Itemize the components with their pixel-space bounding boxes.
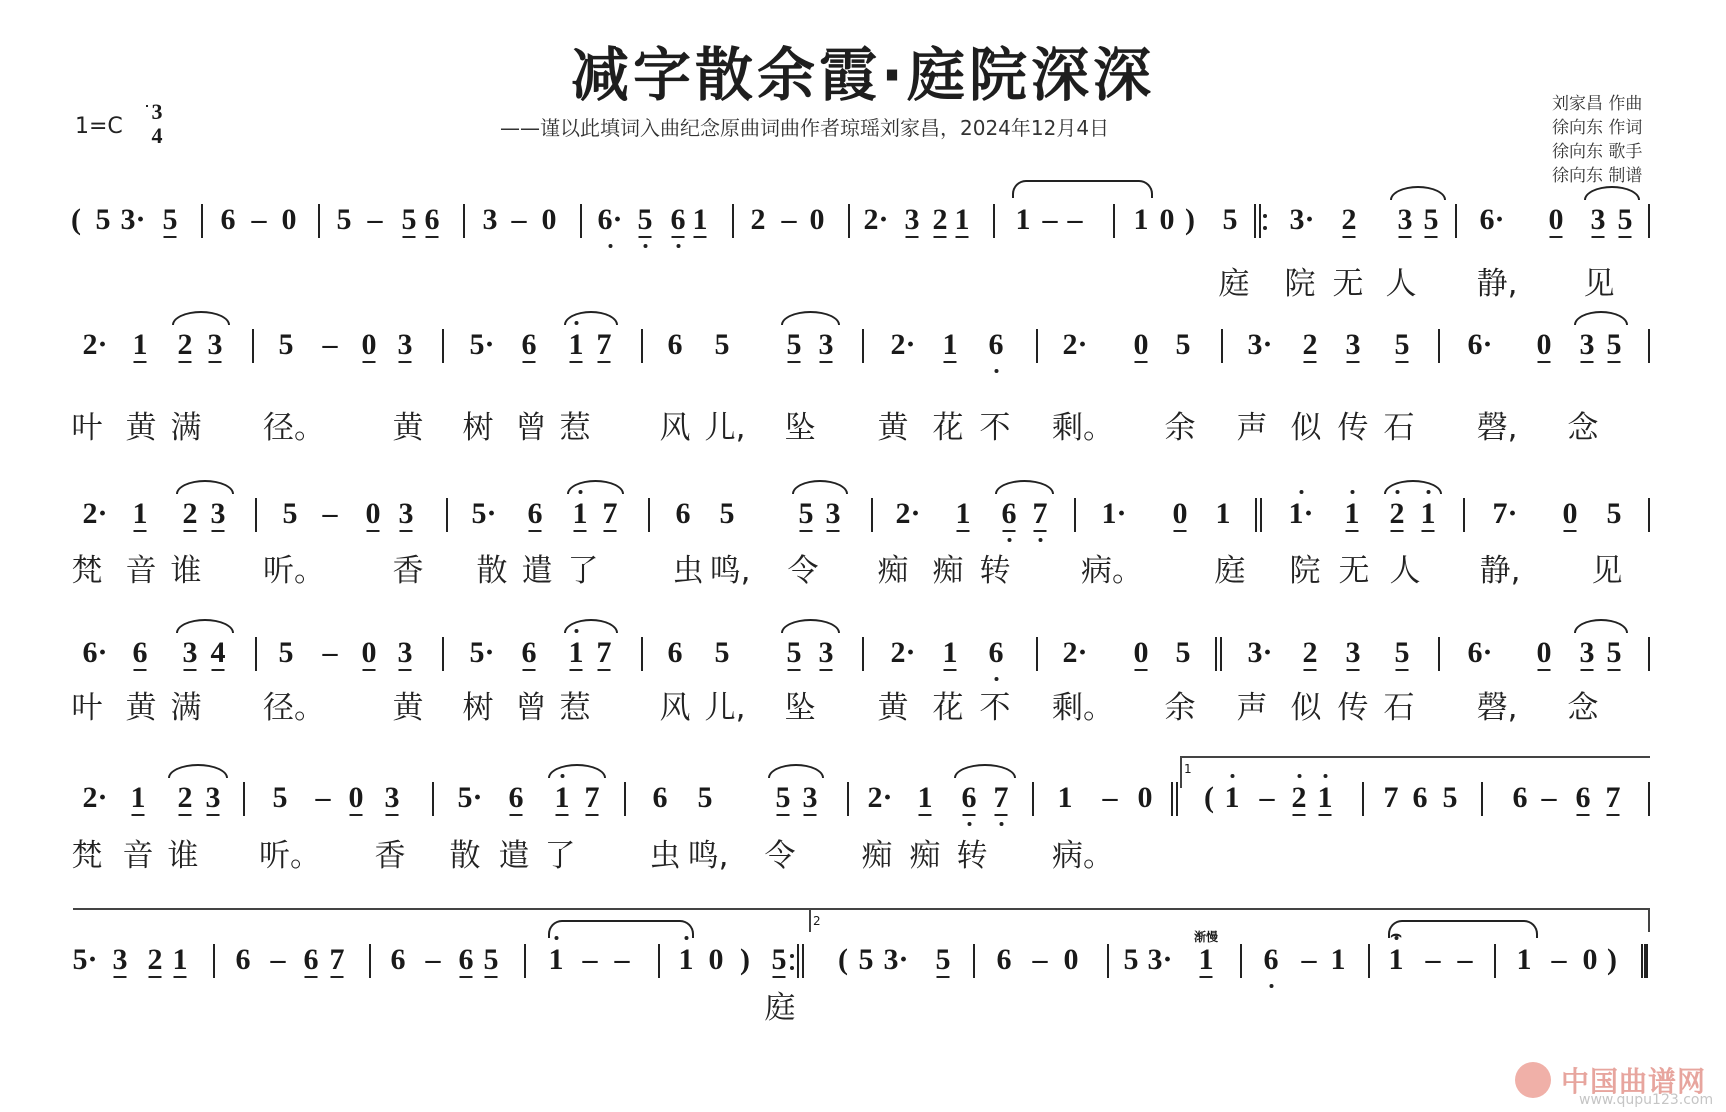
double-barline	[1255, 498, 1262, 532]
barline	[255, 498, 257, 532]
note: 5	[1124, 940, 1139, 980]
note: 6	[459, 940, 474, 980]
note: 3	[1346, 633, 1361, 673]
score-line-1: (53·56–05–563–06·5612–02·3211––10)53·235…	[0, 200, 1726, 280]
lyric-syllable: 音	[126, 545, 157, 590]
slur-tie-icon	[564, 619, 618, 633]
lyric-syllable: 黄	[393, 402, 424, 447]
note: 3·	[120, 200, 145, 240]
lyric-syllable: 满	[171, 402, 202, 447]
lyric-syllable: 令	[765, 830, 796, 875]
note: 3	[819, 325, 834, 365]
credit-composer: 刘家昌 作曲	[1552, 92, 1642, 116]
note: 5	[1607, 494, 1622, 534]
paren: (	[838, 940, 848, 980]
barline	[318, 204, 320, 238]
note: 1	[955, 200, 970, 240]
note: 6	[668, 633, 683, 673]
low-octave-dot-icon	[1038, 538, 1042, 542]
note: 0	[1563, 494, 1578, 534]
subtitle-dedication: ——谨以此填词入曲纪念原曲词曲作者琼瑶刘家昌，2024年12月4日	[500, 112, 1109, 141]
note: 6	[425, 200, 440, 240]
lyric-syllable: 坠	[785, 682, 816, 727]
note: 3	[1580, 633, 1595, 673]
lyric-syllable: 转	[957, 830, 988, 875]
barline	[1494, 944, 1496, 978]
lyric-syllable: 听。	[263, 545, 325, 590]
note: 7·	[1492, 494, 1517, 534]
note: 0	[1549, 200, 1564, 240]
lyric-syllable: 儿,	[705, 682, 746, 727]
dash-extension: –	[271, 940, 286, 980]
note: 1	[1134, 200, 1149, 240]
note: 3	[483, 200, 498, 240]
note: 3	[385, 778, 400, 818]
note: 5·	[469, 325, 494, 365]
barline	[1438, 637, 1440, 671]
barline	[641, 637, 643, 671]
barline	[201, 204, 203, 238]
note: 1	[1421, 494, 1436, 534]
note: 5	[1395, 325, 1410, 365]
note: 7	[603, 494, 618, 534]
note: 6·	[1467, 633, 1492, 673]
slur-tie-icon	[176, 480, 234, 494]
note: 5·	[471, 494, 496, 534]
barline	[641, 329, 643, 363]
barline	[1648, 329, 1650, 363]
volta-number: 1	[1184, 762, 1192, 776]
lyric-syllable: 曾	[516, 682, 547, 727]
lyric-syllable: 不	[980, 682, 1011, 727]
note: 3	[1398, 200, 1413, 240]
lyric-syllable: 剩。	[1052, 682, 1114, 727]
note: 6·	[82, 633, 107, 673]
dash-extension: –	[368, 200, 383, 240]
lyric-syllable: 花	[933, 402, 964, 447]
note: 5	[484, 940, 499, 980]
dash-extension: –	[1426, 940, 1441, 980]
lyric-syllable: 见	[1584, 258, 1615, 303]
low-octave-dot-icon	[994, 677, 998, 681]
dash-extension: –	[512, 200, 527, 240]
lyric-syllable: 遣	[499, 830, 530, 875]
note: 2	[1303, 325, 1318, 365]
dash-extension: –	[782, 200, 797, 240]
lyric-syllable: 传	[1338, 402, 1369, 447]
slur-tie-icon	[564, 311, 618, 325]
lyric-syllable: 叶	[72, 402, 103, 447]
lyric-syllable: 了	[545, 830, 576, 875]
note: 5·	[469, 633, 494, 673]
note: 1	[956, 494, 971, 534]
note: 6	[236, 940, 251, 980]
barline	[732, 204, 734, 238]
note: 7	[1033, 494, 1048, 534]
double-barline	[1215, 637, 1222, 671]
barline	[862, 637, 864, 671]
barline	[1368, 944, 1370, 978]
note: 2	[178, 325, 193, 365]
lyric-syllable: 石	[1384, 682, 1415, 727]
lyric-syllable: 磬,	[1477, 402, 1518, 447]
lyric-syllable: 径。	[263, 682, 325, 727]
note: 2·	[890, 633, 915, 673]
note: 5	[273, 778, 288, 818]
note: 3	[399, 494, 414, 534]
dash-extension: –	[1302, 940, 1317, 980]
note: 6	[391, 940, 406, 980]
lyric-syllable: 儿,	[705, 402, 746, 447]
lyric-syllable: 余	[1165, 402, 1196, 447]
note: 0	[1173, 494, 1188, 534]
note: 5	[715, 325, 730, 365]
repeat-dots-icon	[790, 954, 794, 970]
note: 3	[113, 940, 128, 980]
lyric-syllable: 鸣,	[710, 545, 751, 590]
note: 5	[772, 940, 787, 980]
note: 1	[1016, 200, 1031, 240]
lyric-syllable: 病。	[1081, 545, 1143, 590]
low-octave-dot-icon	[1269, 984, 1273, 988]
note: 1	[173, 940, 188, 980]
note: 3	[803, 778, 818, 818]
lyric-syllable: 坠	[785, 402, 816, 447]
lyric-syllable: 黄	[878, 682, 909, 727]
note: 6	[668, 325, 683, 365]
note: 3	[208, 325, 223, 365]
volta-2-start-tick	[809, 908, 811, 932]
note: 1	[679, 940, 694, 980]
barline	[848, 204, 850, 238]
note: 3·	[1147, 940, 1172, 980]
slur-tie-icon	[995, 480, 1054, 494]
lyric-syllable: 虫	[650, 830, 681, 875]
barline	[524, 944, 526, 978]
note: 2·	[82, 325, 107, 365]
note: 5	[720, 494, 735, 534]
credits: 刘家昌 作曲 徐向东 作词 徐向东 歌手 徐向东 制谱	[1552, 92, 1642, 188]
paren: )	[1607, 940, 1617, 980]
note: 2·	[895, 494, 920, 534]
barline	[1648, 204, 1650, 238]
note: 3	[183, 633, 198, 673]
note: 5	[859, 940, 874, 980]
note: 5	[787, 325, 802, 365]
slur-tie-icon	[954, 764, 1016, 778]
volta-bracket-2	[73, 908, 1650, 932]
slur-tie-icon	[172, 311, 230, 325]
note: 0	[1138, 778, 1153, 818]
lyric-syllable: 满	[171, 682, 202, 727]
lyric-syllable: 转	[980, 545, 1011, 590]
note: 6	[676, 494, 691, 534]
barline	[1036, 329, 1038, 363]
note: 5·	[72, 940, 97, 980]
low-octave-dot-icon	[643, 244, 647, 248]
note: 6	[671, 200, 686, 240]
note: 3	[905, 200, 920, 240]
note: 2	[1303, 633, 1318, 673]
note: 5·	[457, 778, 482, 818]
note: 2·	[1062, 325, 1087, 365]
lyric-syllable: 剩。	[1052, 402, 1114, 447]
note: 5	[402, 200, 417, 240]
lyric-syllable: 树	[463, 402, 494, 447]
note: 5	[1424, 200, 1439, 240]
note: 1	[131, 778, 146, 818]
dash-extension: –	[252, 200, 267, 240]
volta-bracket-1	[1180, 756, 1650, 788]
lyric-syllable: 鸣,	[688, 830, 729, 875]
dash-extension: –	[1458, 940, 1473, 980]
barline	[993, 204, 995, 238]
lyric-syllable: 花	[933, 682, 964, 727]
lyric-syllable: 惹	[560, 682, 591, 727]
barline	[658, 944, 660, 978]
note: 1	[943, 325, 958, 365]
low-octave-dot-icon	[994, 369, 998, 373]
note: 3	[1346, 325, 1361, 365]
lyric-syllable: 香	[393, 545, 424, 590]
note: 7	[585, 778, 600, 818]
barline	[1455, 204, 1457, 238]
lyric-syllable: 人	[1386, 258, 1417, 303]
note: 3	[211, 494, 226, 534]
lyric-syllable: 径。	[263, 402, 325, 447]
note: 5	[96, 200, 111, 240]
volta-number: 2	[813, 914, 821, 928]
note: 6·	[1479, 200, 1504, 240]
note: 1	[943, 633, 958, 673]
note: 6	[528, 494, 543, 534]
note: 1	[555, 778, 570, 818]
note: 2·	[863, 200, 888, 240]
note: 5	[776, 778, 791, 818]
time-signature: 3 4	[146, 100, 168, 148]
note: 5	[698, 778, 713, 818]
lyric-syllable: 不	[980, 402, 1011, 447]
note: 5	[1607, 633, 1622, 673]
barline	[1463, 498, 1465, 532]
credit-lyricist: 徐向东 作词	[1552, 116, 1642, 140]
paren: )	[740, 940, 750, 980]
note: 5	[337, 200, 352, 240]
low-octave-dot-icon	[999, 822, 1003, 826]
barline	[973, 944, 975, 978]
repeat-end-barline	[797, 944, 804, 978]
credit-transcriber: 徐向东 制谱	[1552, 164, 1642, 188]
ritardando-mark: 渐慢	[1194, 928, 1218, 945]
slur-tie-icon	[1574, 311, 1628, 325]
repeat-dots-icon	[1263, 214, 1267, 230]
low-octave-dot-icon	[967, 822, 971, 826]
note: 3	[206, 778, 221, 818]
dash-extension: –	[583, 940, 598, 980]
lyric-syllable: 黄	[126, 682, 157, 727]
barline	[463, 204, 465, 238]
note: 1	[549, 940, 564, 980]
time-sig-bottom: 4	[152, 123, 163, 148]
note: 1	[1216, 494, 1231, 534]
dash-extension: –	[1043, 200, 1058, 240]
dash-extension: –	[1552, 940, 1567, 980]
note: 5	[638, 200, 653, 240]
barline	[1648, 637, 1650, 671]
slur-tie-icon	[1390, 186, 1446, 200]
note: 6	[304, 940, 319, 980]
note: 5	[715, 633, 730, 673]
lyric-syllable: 石	[1384, 402, 1415, 447]
slur-tie-icon	[176, 619, 234, 633]
note: 2·	[82, 494, 107, 534]
slur-tie-icon	[1574, 619, 1628, 633]
lyric-syllable: 散	[450, 830, 481, 875]
slur-tie-icon	[1012, 180, 1153, 198]
lyric-syllable: 念	[1568, 682, 1599, 727]
note: 0	[362, 633, 377, 673]
note: 7	[597, 633, 612, 673]
lyric-syllable: 声	[1237, 682, 1268, 727]
repeat-start-barline	[1254, 204, 1261, 238]
note: 2·	[890, 325, 915, 365]
low-octave-dot-icon	[608, 244, 612, 248]
note: 6	[522, 633, 537, 673]
barline	[580, 204, 582, 238]
dash-extension: –	[323, 494, 338, 534]
lyric-syllable: 听。	[259, 830, 321, 875]
slur-tie-icon	[792, 480, 848, 494]
slur-tie-icon	[781, 619, 840, 633]
lyric-syllable: 静,	[1480, 545, 1521, 590]
lyric-syllable: 磬,	[1477, 682, 1518, 727]
lyric-syllable: 静,	[1477, 258, 1518, 303]
lyric-syllable: 树	[463, 682, 494, 727]
note: 3·	[1247, 325, 1272, 365]
note: 5	[787, 633, 802, 673]
note: 5	[1176, 633, 1191, 673]
lyric-syllable: 无	[1333, 258, 1364, 303]
lyric-syllable: 虫	[673, 545, 704, 590]
note: 3	[1580, 325, 1595, 365]
lyric-syllable: 音	[123, 830, 154, 875]
barline	[1074, 498, 1076, 532]
slur-tie-icon	[548, 764, 606, 778]
lyric-syllable: 痴	[910, 830, 941, 875]
watermark-url: www.qupu123.com	[1579, 1092, 1713, 1108]
barline	[862, 329, 864, 363]
note: 0	[709, 940, 724, 980]
low-octave-dot-icon	[676, 244, 680, 248]
note: 1	[133, 494, 148, 534]
barline	[442, 329, 444, 363]
lyric-syllable: 了	[568, 545, 599, 590]
note: 6	[133, 633, 148, 673]
note: 6	[989, 325, 1004, 365]
note: 1·	[1288, 494, 1313, 534]
time-sig-divider	[146, 105, 148, 107]
note: 1	[573, 494, 588, 534]
barline	[847, 782, 849, 816]
note: 1·	[1101, 494, 1126, 534]
slur-tie-icon	[768, 764, 824, 778]
note: 4	[211, 633, 226, 673]
double-barline	[1171, 782, 1178, 816]
note: 6	[1002, 494, 1017, 534]
note: 3·	[1289, 200, 1314, 240]
lyric-syllable: 人	[1390, 545, 1421, 590]
note: 0	[1134, 633, 1149, 673]
barline	[252, 329, 254, 363]
lyric-syllable: 念	[1568, 402, 1599, 447]
low-octave-dot-icon	[1007, 538, 1011, 542]
note: 5	[799, 494, 814, 534]
dash-extension: –	[1103, 778, 1118, 818]
paren: (	[71, 200, 81, 240]
note: 1	[693, 200, 708, 240]
final-barline	[1641, 944, 1648, 978]
score-line-2: 2·1235–035·61765532·162·053·2356·035	[0, 325, 1726, 405]
note: 5	[279, 325, 294, 365]
note: 5	[1607, 325, 1622, 365]
note: 5	[163, 200, 178, 240]
slur-tie-icon	[168, 764, 228, 778]
slur-tie-icon	[1384, 480, 1442, 494]
note: 2	[1390, 494, 1405, 534]
barline	[213, 944, 215, 978]
note: 3	[398, 325, 413, 365]
lyric-syllable: 散	[477, 545, 508, 590]
score-line-4: 6·6345–035·61765532·162·053·2356·035	[0, 633, 1726, 713]
note: 6	[509, 778, 524, 818]
lyric-syllable: 庭	[765, 982, 796, 1027]
note: 1	[918, 778, 933, 818]
note: 7	[330, 940, 345, 980]
lyric-syllable: 香	[375, 830, 406, 875]
lyric-syllable: 梵	[72, 830, 103, 875]
lyric-syllable: 痴	[862, 830, 893, 875]
barline	[1032, 782, 1034, 816]
note: 0	[542, 200, 557, 240]
note: 3	[398, 633, 413, 673]
lyric-syllable: 谁	[171, 545, 202, 590]
song-title: 减字散余霞·庭院深深	[0, 28, 1726, 112]
note: 1⌢	[1389, 940, 1404, 980]
note: 5	[279, 633, 294, 673]
barline	[1221, 329, 1223, 363]
note: 6	[653, 778, 668, 818]
lyric-syllable: 传	[1338, 682, 1369, 727]
barline	[1438, 329, 1440, 363]
note: 3	[826, 494, 841, 534]
lyric-syllable: 余	[1165, 682, 1196, 727]
note: 2	[751, 200, 766, 240]
note: 7	[597, 325, 612, 365]
lyric-syllable: 见	[1592, 545, 1623, 590]
dash-extension: –	[615, 940, 630, 980]
note: 5	[1395, 633, 1410, 673]
barline	[442, 637, 444, 671]
note: 5	[283, 494, 298, 534]
barline	[871, 498, 873, 532]
note: 1	[1199, 940, 1214, 980]
note: 1	[569, 633, 584, 673]
note: 1	[1345, 494, 1360, 534]
barline	[648, 498, 650, 532]
dash-extension: –	[1033, 940, 1048, 980]
barline	[1107, 944, 1109, 978]
lyric-syllable: 庭	[1219, 258, 1250, 303]
